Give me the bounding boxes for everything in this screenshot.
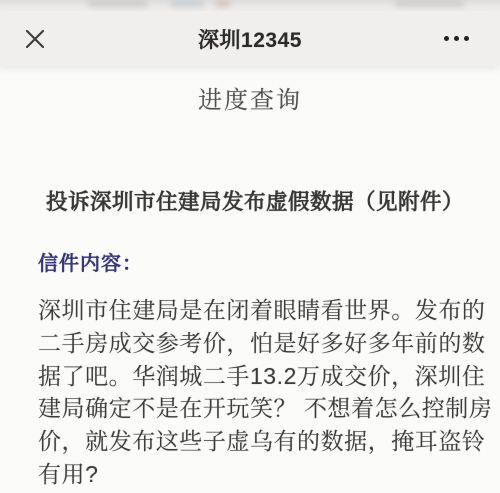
three-dots-icon xyxy=(454,36,459,41)
close-icon xyxy=(24,28,46,50)
navbar-title: 深圳12345 xyxy=(0,24,500,54)
status-smudge xyxy=(170,1,204,7)
status-smudge xyxy=(395,1,465,7)
page-title: 进度查询 xyxy=(0,80,500,115)
complaint-title: 投诉深圳市住建局发布虚假数据（见附件） xyxy=(46,185,492,216)
status-smudge xyxy=(88,1,148,7)
navbar: 深圳12345 xyxy=(0,11,500,66)
letter-body-text: 深圳市住建局是在闭着眼睛看世界。发布的 二手房成交参考价，怕是好多好多年前的数 … xyxy=(38,294,494,491)
more-menu-button[interactable] xyxy=(436,25,476,53)
three-dots-icon xyxy=(444,36,449,41)
wechat-browser-window: 深圳12345 进度查询 投诉深圳市住建局发布虚假数据（见附件） 信件内容： 深… xyxy=(0,0,500,493)
letter-content-label: 信件内容： xyxy=(38,247,143,276)
status-bar-remnant xyxy=(0,0,500,11)
status-smudge xyxy=(215,1,231,7)
three-dots-icon xyxy=(464,36,469,41)
close-button[interactable] xyxy=(18,22,52,56)
